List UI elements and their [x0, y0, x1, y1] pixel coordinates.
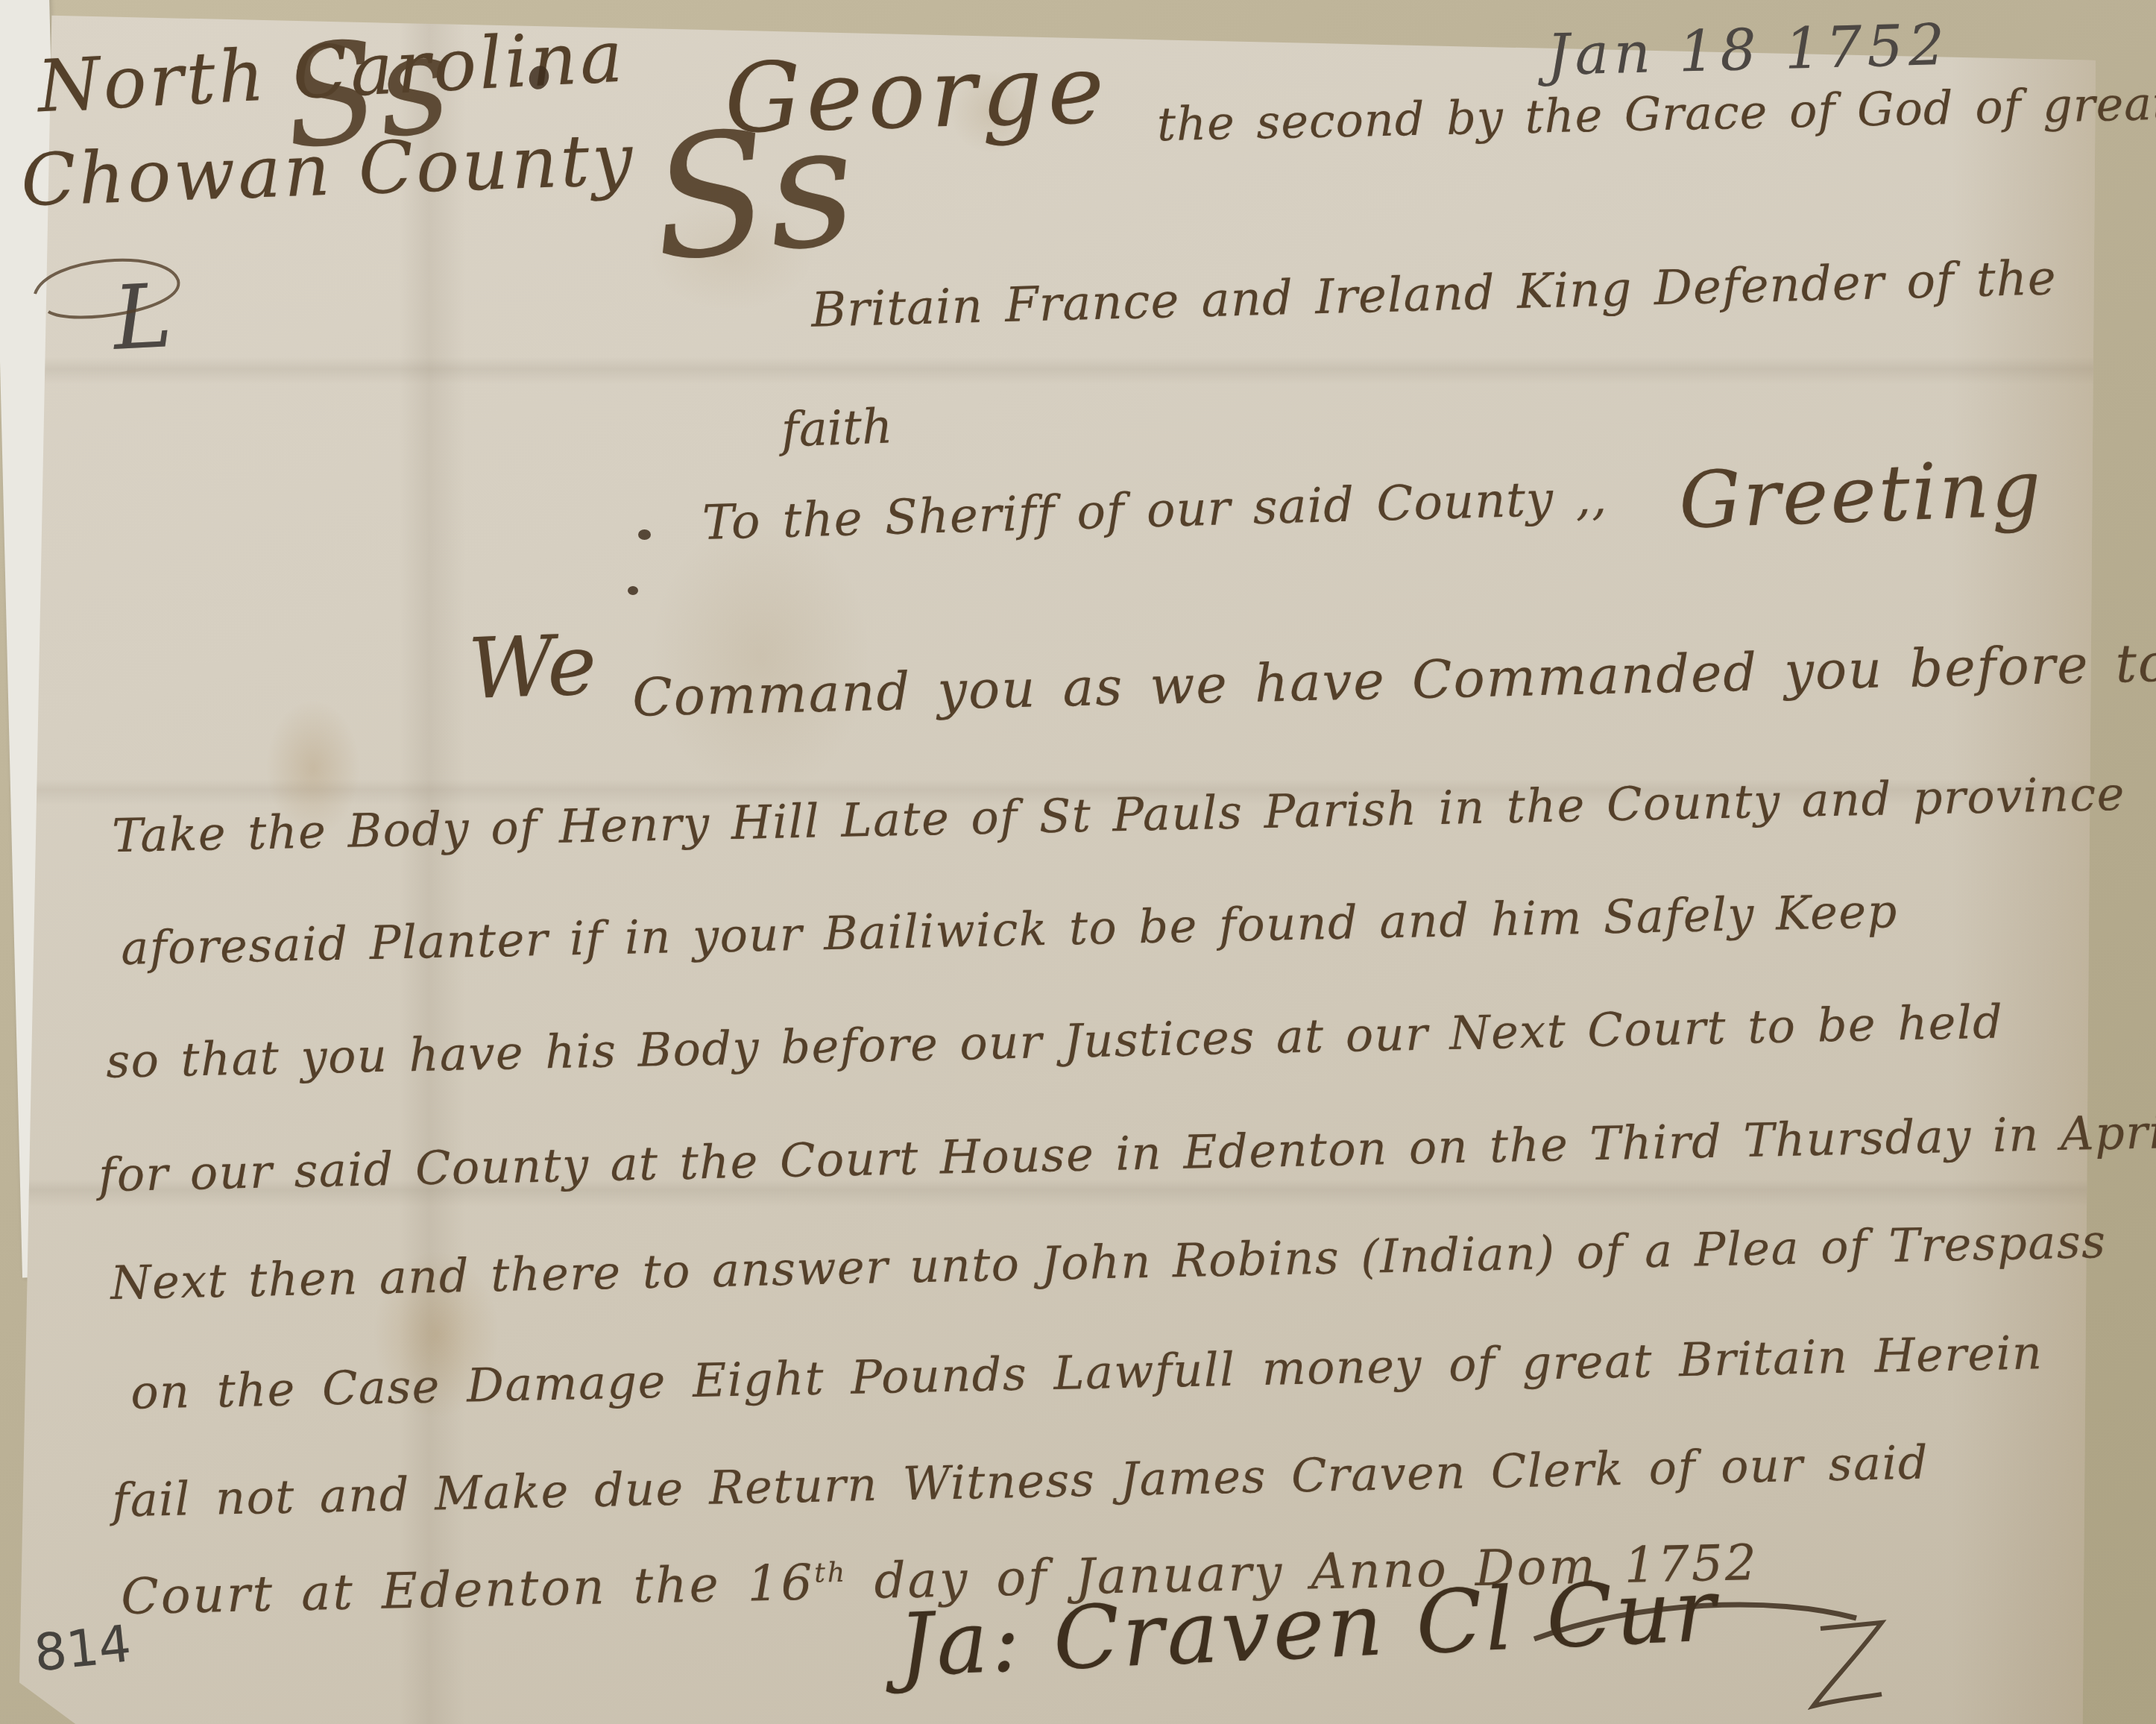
ink-blot [628, 586, 638, 595]
pencil-date-annotation: Jan 18 1752 [1546, 11, 1950, 88]
command-opening-word: We [467, 617, 599, 718]
pen-flourish-loop [26, 240, 186, 330]
greeting-word: Greeting [1677, 443, 2044, 547]
signature-flourish [1528, 1587, 1953, 1721]
royal-name: George [723, 34, 1111, 154]
ink-blot [638, 529, 651, 540]
catalog-number-pencil: 814 [31, 1614, 133, 1683]
royal-title-line-3: faith [781, 399, 894, 458]
closing-day-superscript: th [814, 1556, 848, 1589]
backing-mat: Jan 18 1752 L 814 North Carolina Ss Chow… [0, 0, 2156, 1724]
